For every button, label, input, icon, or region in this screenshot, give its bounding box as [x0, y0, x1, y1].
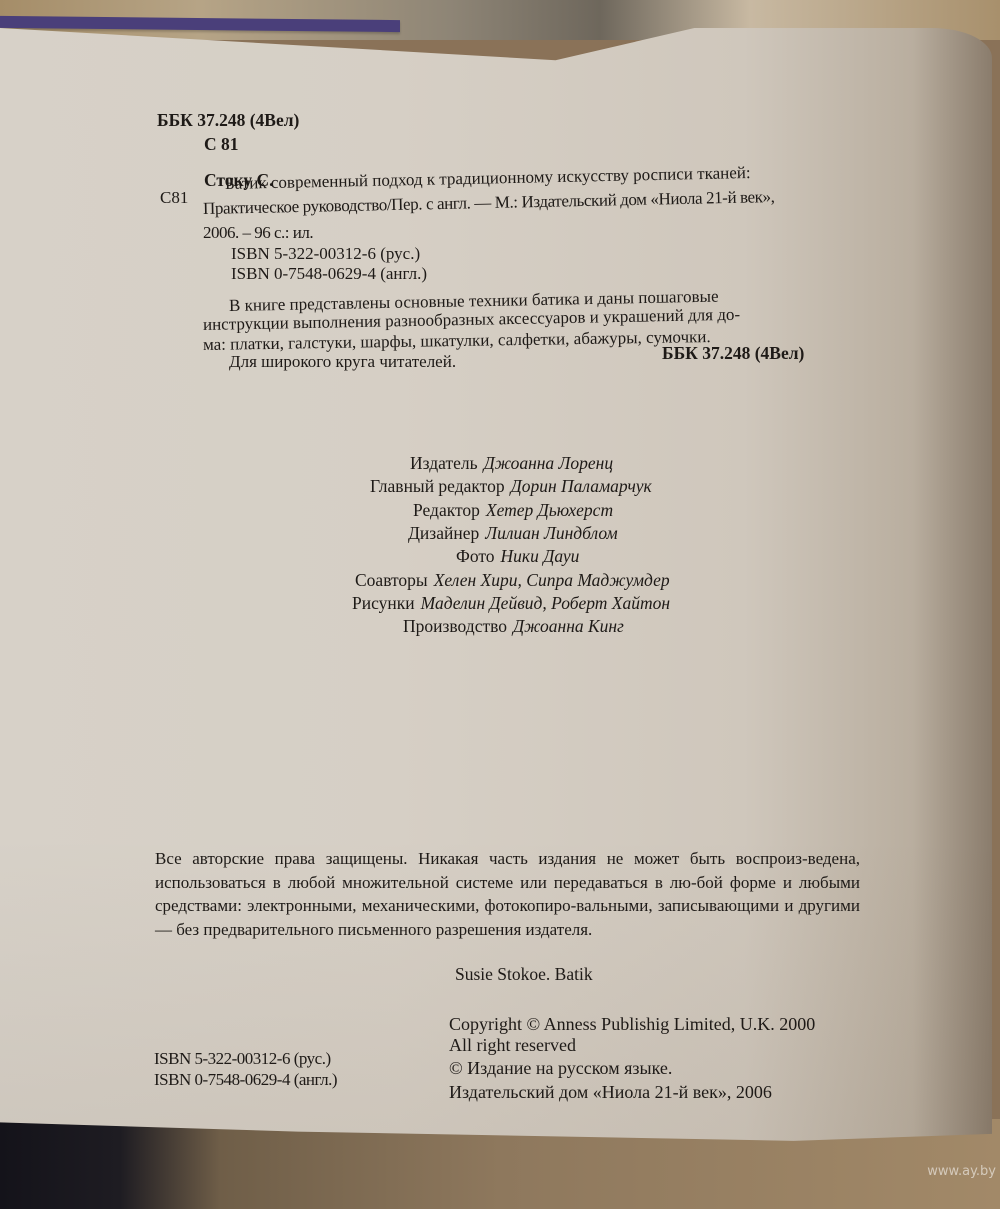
credit-row: ИздательДжоанна Лоренц — [410, 453, 613, 474]
credit-row: РедакторХетер Дьюхерст — [413, 500, 613, 521]
bbk-code-annotation: ББК 37.248 (4Вел) — [662, 345, 804, 363]
copyright-line: © Издание на русском языке. — [449, 1059, 672, 1077]
credit-name: Лилиан Линдблом — [485, 523, 617, 543]
copyright-line: Copyright © Anness Publishig Limited, U.… — [449, 1015, 815, 1033]
copyright-line: Издательский дом «Ниола 21-й век», 2006 — [449, 1083, 772, 1101]
credit-name: Ники Дауи — [501, 546, 580, 566]
credit-name: Маделин Дейвид, Роберт Хайтон — [421, 593, 670, 613]
credit-name: Джоанна Лоренц — [484, 453, 614, 473]
footer-isbn: ISBN 0-7548-0629-4 (англ.) — [154, 1071, 337, 1088]
catalog-side-mark: С81 — [160, 189, 188, 206]
credit-role: Дизайнер — [408, 523, 479, 543]
bbk-code-top: ББК 37.248 (4Вел) — [157, 112, 299, 130]
footer-isbn: ISBN 5-322-00312-6 (рус.) — [154, 1050, 331, 1067]
credit-row: ДизайнерЛилиан Линдблом — [408, 523, 618, 544]
credit-row: СоавторыХелен Хири, Сипра Маджумдер — [355, 570, 670, 591]
credit-role: Издатель — [410, 453, 478, 473]
credit-role: Редактор — [413, 500, 480, 520]
original-title: Susie Stokoe. Batik — [455, 966, 593, 984]
catalog-isbn: ISBN 0-7548-0629-4 (англ.) — [231, 265, 427, 282]
copyright-line: All right reserved — [449, 1036, 576, 1054]
credit-role: Соавторы — [355, 570, 428, 590]
credit-name: Хелен Хири, Сипра Маджумдер — [434, 570, 670, 590]
credit-name: Хетер Дьюхерст — [486, 500, 613, 520]
credit-role: Главный редактор — [370, 476, 505, 496]
author-mark: С 81 — [204, 136, 239, 154]
credit-role: Рисунки — [352, 593, 415, 613]
credit-role: Производство — [403, 616, 507, 636]
credit-row: ПроизводствоДжоанна Кинг — [403, 616, 624, 637]
catalog-line: 2006. – 96 с.: ил. — [203, 224, 313, 241]
credit-row: РисункиМаделин Дейвид, Роберт Хайтон — [352, 593, 670, 614]
credit-name: Дорин Паламарчук — [511, 476, 652, 496]
credit-row: ФотоНики Дауи — [456, 546, 579, 567]
annotation-line: Для широкого круга читателей. — [229, 353, 456, 370]
credit-role: Фото — [456, 546, 495, 566]
watermark: www.ay.by — [927, 1164, 996, 1179]
catalog-isbn: ISBN 5-322-00312-6 (рус.) — [231, 245, 420, 262]
rights-notice: Все авторские права защищены. Никакая ча… — [155, 847, 860, 941]
credit-name: Джоанна Кинг — [513, 616, 624, 636]
credit-row: Главный редакторДорин Паламарчук — [370, 476, 652, 497]
